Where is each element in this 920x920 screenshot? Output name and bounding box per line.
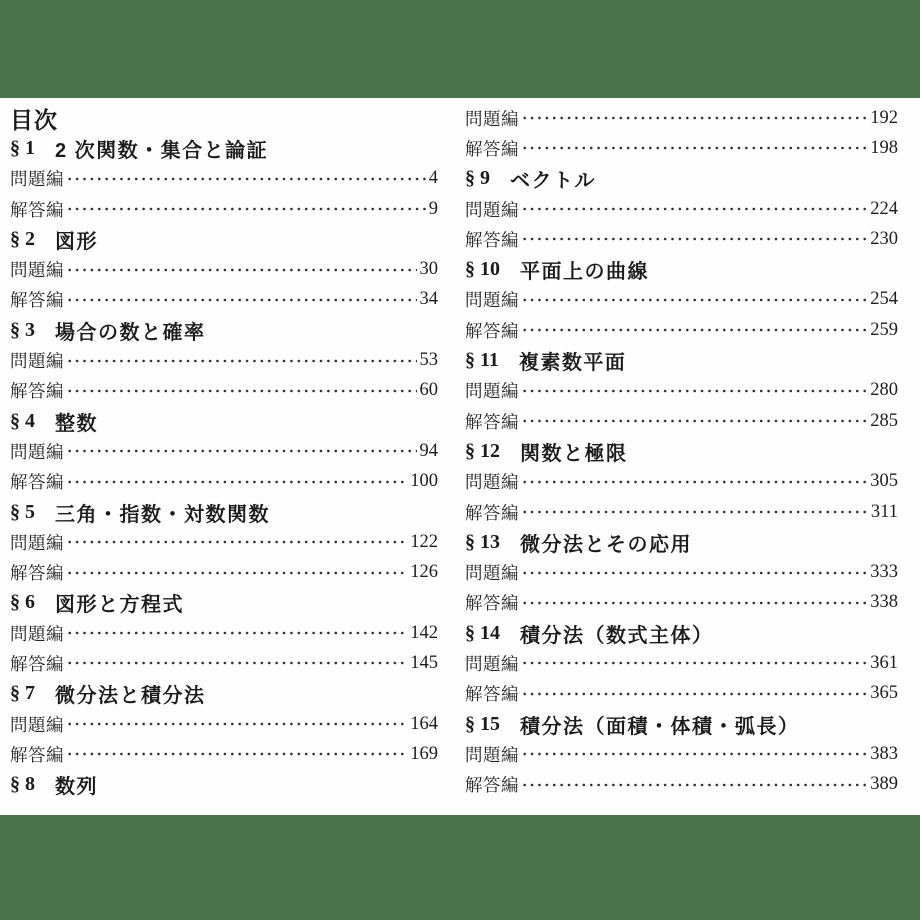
toc-entry-label: 解答編 — [10, 287, 64, 312]
toc-entry: 問題編305 — [465, 467, 898, 497]
toc-entry-label: 解答編 — [10, 469, 64, 494]
toc-page-number: 333 — [870, 562, 898, 583]
dot-leader — [66, 376, 417, 406]
dot-leader — [521, 194, 867, 224]
toc-entry-label: 解答編 — [10, 651, 64, 676]
toc-page-number: 198 — [870, 138, 898, 159]
toc-page-number: 305 — [870, 471, 898, 492]
toc-entry: 解答編145 — [10, 648, 438, 678]
bottom-green-band — [0, 815, 920, 920]
dot-leader — [66, 345, 417, 375]
toc-entry-label: 問題編 — [10, 166, 64, 191]
section-number: § 11 — [465, 349, 499, 372]
toc-column-left: 目次§ 12 次関数・集合と論証問題編4解答編9§ 2図形問題編30解答編34§… — [10, 103, 438, 800]
dot-leader — [66, 739, 407, 769]
toc-page-number: 259 — [870, 320, 898, 341]
section-heading: § 8数列 — [10, 770, 438, 800]
section-title: 微分法と積分法 — [55, 679, 206, 708]
toc-entry: 問題編383 — [465, 739, 898, 769]
dot-leader — [66, 527, 407, 557]
section-heading: § 14積分法（数式主体） — [465, 618, 898, 648]
toc-entry: 問題編224 — [465, 194, 898, 224]
section-title: 関数と極限 — [520, 437, 628, 466]
section-number: § 9 — [465, 167, 490, 190]
toc-entry: 問題編4 — [10, 164, 438, 194]
dot-leader — [66, 618, 407, 648]
toc-entry-label: 解答編 — [10, 197, 64, 222]
toc-page-number: 100 — [410, 471, 438, 492]
section-title: 微分法とその応用 — [520, 528, 692, 557]
section-title: 積分法（数式主体） — [520, 619, 714, 648]
section-number: § 1 — [10, 137, 35, 160]
toc-page-number: 30 — [420, 259, 439, 280]
toc-page-number: 224 — [870, 199, 898, 220]
dot-leader — [521, 376, 867, 406]
toc-entry-label: 問題編 — [465, 197, 519, 222]
section-title: 複素数平面 — [519, 346, 627, 375]
toc-entry: 問題編142 — [10, 618, 438, 648]
toc-page-number: 192 — [870, 108, 898, 129]
toc-entry: 問題編164 — [10, 709, 438, 739]
dot-leader — [66, 254, 417, 284]
dot-leader — [521, 467, 867, 497]
toc-entry-label: 問題編 — [10, 712, 64, 737]
toc-entry: 解答編230 — [465, 224, 898, 254]
toc-entry-label: 問題編 — [10, 439, 64, 464]
dot-leader — [66, 709, 407, 739]
toc-page-number: 383 — [870, 744, 898, 765]
dot-leader — [66, 467, 407, 497]
toc-entry: 解答編9 — [10, 194, 438, 224]
section-number: § 5 — [10, 501, 35, 524]
top-green-band — [0, 0, 920, 98]
dot-leader — [521, 739, 867, 769]
toc-entry: 解答編198 — [465, 133, 898, 163]
section-title: 図形と方程式 — [55, 588, 184, 617]
toc-entry-label: 問題編 — [10, 348, 64, 373]
toc-entry-label: 解答編 — [10, 560, 64, 585]
section-number: § 4 — [10, 410, 35, 433]
toc-entry-label: 問題編 — [10, 257, 64, 282]
toc-entry-label: 解答編 — [10, 742, 64, 767]
toc-entry: 問題編30 — [10, 254, 438, 284]
section-heading: § 9ベクトル — [465, 164, 898, 194]
dot-leader — [521, 588, 867, 618]
toc-entry: 解答編60 — [10, 376, 438, 406]
section-heading: § 5三角・指数・対数関数 — [10, 497, 438, 527]
dot-leader — [66, 164, 426, 194]
section-number: § 14 — [465, 622, 500, 645]
section-number: § 8 — [10, 773, 35, 796]
toc-page-number: 311 — [871, 502, 898, 523]
section-heading: § 15積分法（面積・体積・弧長） — [465, 709, 898, 739]
toc-entry-label: 解答編 — [465, 772, 519, 797]
dot-leader — [521, 557, 867, 587]
section-number: § 13 — [465, 531, 500, 554]
dot-leader — [521, 315, 867, 345]
toc-entry-label: 問題編 — [465, 651, 519, 676]
toc-entry-label: 問題編 — [465, 469, 519, 494]
toc-entry-label: 解答編 — [465, 409, 519, 434]
toc-entry-label: 解答編 — [465, 227, 519, 252]
toc-page-number: 34 — [420, 289, 439, 310]
toc-entry-label: 解答編 — [10, 378, 64, 403]
toc-entry-label: 解答編 — [465, 681, 519, 706]
dot-leader — [66, 557, 407, 587]
dot-leader — [521, 285, 867, 315]
dot-leader — [66, 285, 417, 315]
section-heading: § 12関数と極限 — [465, 436, 898, 466]
section-heading: § 4整数 — [10, 406, 438, 436]
section-number: § 2 — [10, 228, 35, 251]
section-number: § 10 — [465, 258, 500, 281]
dot-leader — [521, 224, 867, 254]
section-title: 整数 — [55, 407, 98, 436]
toc-entry-label: 問題編 — [465, 378, 519, 403]
toc-page-number: 53 — [420, 350, 439, 371]
section-title: 数列 — [55, 770, 98, 799]
toc-entry: 解答編365 — [465, 679, 898, 709]
toc-entry: 解答編285 — [465, 406, 898, 436]
toc-entry: 問題編254 — [465, 285, 898, 315]
toc-page-number: 145 — [410, 653, 438, 674]
section-heading: § 6図形と方程式 — [10, 588, 438, 618]
toc-entry: 問題編361 — [465, 648, 898, 678]
toc-entry: 解答編34 — [10, 285, 438, 315]
toc-column-right: 問題編192解答編198§ 9ベクトル問題編224解答編230§ 10平面上の曲… — [465, 103, 898, 800]
section-title: 場合の数と確率 — [55, 316, 206, 345]
toc-entry-label: 問題編 — [465, 560, 519, 585]
toc-page-number: 60 — [420, 380, 439, 401]
toc-entry: 解答編126 — [10, 557, 438, 587]
dot-leader — [521, 648, 867, 678]
toc-title-text: 目次 — [10, 102, 58, 135]
toc-entry-label: 解答編 — [465, 500, 519, 525]
section-title: 図形 — [55, 225, 98, 254]
toc-entry: 解答編389 — [465, 770, 898, 800]
toc-page-number: 230 — [870, 229, 898, 250]
toc-page-number: 126 — [410, 562, 438, 583]
section-number: § 12 — [465, 440, 500, 463]
section-number: § 6 — [10, 591, 35, 614]
dot-leader — [521, 679, 867, 709]
dot-leader — [521, 497, 868, 527]
section-title: 2 次関数・集合と論証 — [55, 134, 268, 163]
toc-entry: 問題編333 — [465, 557, 898, 587]
toc-page-number: 365 — [870, 683, 898, 704]
section-heading: § 13微分法とその応用 — [465, 527, 898, 557]
dot-leader — [66, 436, 417, 466]
toc-entry: 問題編192 — [465, 103, 898, 133]
toc-page-number: 122 — [410, 532, 438, 553]
toc-entry: 問題編53 — [10, 345, 438, 375]
section-title: 平面上の曲線 — [520, 255, 649, 284]
toc-page-number: 164 — [410, 714, 438, 735]
dot-leader — [66, 194, 426, 224]
toc-entry: 問題編94 — [10, 436, 438, 466]
section-number: § 7 — [10, 682, 35, 705]
toc-page-number: 389 — [870, 774, 898, 795]
toc-page-number: 361 — [870, 653, 898, 674]
section-title: 三角・指数・対数関数 — [55, 498, 270, 527]
section-heading: § 2図形 — [10, 224, 438, 254]
toc-entry: 問題編280 — [465, 376, 898, 406]
scanned-page: 目次§ 12 次関数・集合と論証問題編4解答編9§ 2図形問題編30解答編34§… — [0, 0, 920, 920]
section-title: ベクトル — [510, 164, 596, 193]
toc-entry: 解答編311 — [465, 497, 898, 527]
toc-entry-label: 問題編 — [465, 287, 519, 312]
toc-entry-label: 問題編 — [465, 106, 519, 131]
section-heading: § 12 次関数・集合と論証 — [10, 133, 438, 163]
toc-page-number: 169 — [410, 744, 438, 765]
toc-entry-label: 問題編 — [10, 530, 64, 555]
toc-entry-label: 問題編 — [10, 621, 64, 646]
toc-page-number: 142 — [410, 623, 438, 644]
toc-entry: 解答編259 — [465, 315, 898, 345]
dot-leader — [521, 770, 867, 800]
toc-page-number: 254 — [870, 289, 898, 310]
toc-page-number: 94 — [420, 441, 439, 462]
section-heading: § 7微分法と積分法 — [10, 679, 438, 709]
toc-entry: 解答編169 — [10, 739, 438, 769]
toc-entry-label: 解答編 — [465, 136, 519, 161]
toc-entry-label: 解答編 — [465, 590, 519, 615]
toc-entry-label: 問題編 — [465, 742, 519, 767]
section-heading: § 10平面上の曲線 — [465, 254, 898, 284]
section-heading: § 3場合の数と確率 — [10, 315, 438, 345]
toc-title: 目次 — [10, 103, 438, 133]
toc-page-number: 4 — [429, 168, 438, 189]
toc-entry-label: 解答編 — [465, 318, 519, 343]
toc-page-number: 9 — [429, 199, 438, 220]
toc-entry: 解答編338 — [465, 588, 898, 618]
dot-leader — [521, 103, 867, 133]
dot-leader — [521, 133, 867, 163]
toc-page-number: 338 — [870, 592, 898, 613]
section-title: 積分法（面積・体積・弧長） — [520, 710, 800, 739]
section-number: § 3 — [10, 319, 35, 342]
dot-leader — [521, 406, 867, 436]
section-heading: § 11複素数平面 — [465, 345, 898, 375]
toc-entry: 問題編122 — [10, 527, 438, 557]
dot-leader — [66, 648, 407, 678]
toc-entry: 解答編100 — [10, 467, 438, 497]
toc-page: 目次§ 12 次関数・集合と論証問題編4解答編9§ 2図形問題編30解答編34§… — [0, 98, 920, 815]
toc-page-number: 280 — [870, 380, 898, 401]
toc-page-number: 285 — [870, 411, 898, 432]
section-number: § 15 — [465, 713, 500, 736]
